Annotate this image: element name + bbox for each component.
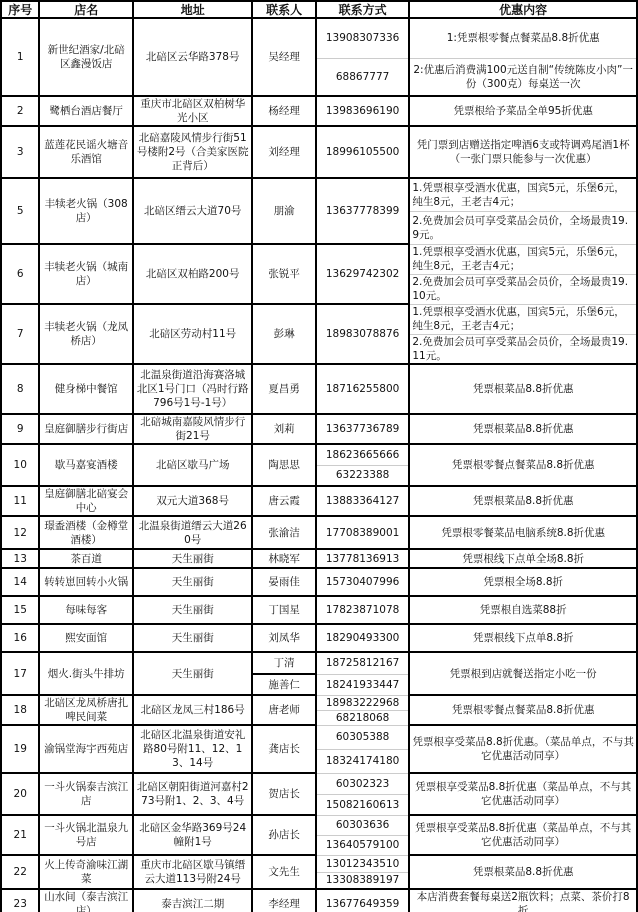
address: 北碚城南嘉陵风情步行街21号 [133,414,253,444]
contact-person: 刘凤华 [252,624,315,652]
address: 重庆市北碚区双柏树华光小区 [133,96,253,126]
restaurant-name: 山水间（泰吉滨江店） [39,889,133,912]
phone: 13308389197 [316,872,410,889]
contact-person: 孙店长 [252,815,315,855]
phone: 17708389001 [316,516,410,549]
restaurant-name: 鹭栖台酒店餐厅 [39,96,133,126]
row-number: 17 [1,652,39,695]
restaurant-name: 一斗火锅北温泉九号店 [39,815,133,855]
contact-person: 施善仁 [252,674,315,695]
offer: 2.免费加会员可享受菜品会员价，全场最贵19.10元。 [409,274,637,304]
offer: 凭票根给予菜品全单95折优惠 [409,96,637,126]
table-row: 16熙安面馆天生丽街刘凤华18290493300凭票根线下点单8.8折 [1,624,637,652]
phone: 17823871078 [316,596,410,624]
contact-person: 陶思思 [252,444,315,486]
contact-person: 丁清 [252,652,315,674]
table-row: 8健身梯中餐馆北温泉街道沿海赛洛城北区1号门口（冯时行路796号1号-1号）夏昌… [1,364,637,414]
address: 北温泉街道沿海赛洛城北区1号门口（冯时行路796号1号-1号） [133,364,253,414]
address: 天生丽街 [133,568,253,596]
address: 北温泉街道缙云大道260号 [133,516,253,549]
table-row: 23山水间（泰吉滨江店）泰吉滨江二期李经理13677649359本店消费套餐每桌… [1,889,637,912]
row-number: 10 [1,444,39,486]
phone: 13637778399 [316,178,410,244]
table-row: 19渝锅堂海宇西苑店北碚区北温泉街道安礼路80号附11、12、13、14号龚店长… [1,725,637,749]
row-number: 7 [1,304,39,364]
offer: 1.凭票根享受酒水优惠，国宾5元，乐堡6元，纯生8元，王老吉4元； [409,244,637,274]
address: 北碚区云华路378号 [133,18,253,96]
table-row: 9皇庭御膳步行街店北碚城南嘉陵风情步行街21号刘莉13637736789凭票根菜… [1,414,637,444]
row-number: 1 [1,18,39,96]
contact-person: 杨经理 [252,96,315,126]
phone: 13908307336 [316,18,410,58]
offer: 凭票根享受菜品8.8折优惠（菜品单点，不与其它优惠活动同享） [409,815,637,855]
phone: 13983696190 [316,96,410,126]
phone: 13677649359 [316,889,410,912]
offer: 凭票根菜品8.8折优惠 [409,486,637,516]
contact-person: 李经理 [252,889,315,912]
table-row: 15每味每客天生丽街丁国星17823871078凭票根自选菜88折 [1,596,637,624]
address: 北碚区歇马广场 [133,444,253,486]
table-row: 13茶百道天生丽街林晓军13778136913凭票根线下点单全场8.8折 [1,549,637,568]
phone: 18983078876 [316,304,410,364]
table-row: 17烟火.街头牛排坊天生丽街丁清18725812167凭票根到店就餐送指定小吃一… [1,652,637,674]
phone: 68867777 [316,58,410,96]
phone: 13629742302 [316,244,410,304]
row-number: 13 [1,549,39,568]
phone: 18623665666 [316,444,410,465]
restaurant-name: 蓝莲花民谣火塘音乐酒馆 [39,126,133,178]
offer: 本店消费套餐每桌送2瓶饮料；点菜、茶价打8折 [409,889,637,912]
table-row: 2鹭栖台酒店餐厅重庆市北碚区双柏树华光小区杨经理13983696190凭票根给予… [1,96,637,126]
phone: 68218068 [316,710,410,725]
restaurant-name: 璟盉酒楼（金樽堂酒楼） [39,516,133,549]
address: 天生丽街 [133,652,253,695]
restaurant-name: 烟火.街头牛排坊 [39,652,133,695]
header-address: 地址 [133,1,253,18]
offer: 凭票根到店就餐送指定小吃一份 [409,652,637,695]
restaurant-name: 火上传奇渝味江湖菜 [39,855,133,889]
restaurant-name: 一斗火锅泰吉滨江店 [39,773,133,815]
offer: 2.免费加会员可享受菜品会员价，全场最贵19.11元。 [409,334,637,364]
header-contact: 联系人 [252,1,315,18]
offer: 凭票根菜品8.8折优惠 [409,855,637,889]
header-row: 序号 店名 地址 联系人 联系方式 优惠内容 [1,1,637,18]
restaurant-name: 渝锅堂海宇西苑店 [39,725,133,773]
contact-person: 文先生 [252,855,315,889]
phone: 15082160613 [316,794,410,815]
phone: 18983222968 [316,695,410,710]
phone: 18241933447 [316,674,410,695]
table-row: 5丰犊老火锅（308店）北碚区缙云大道70号朋渝136377783991.凭票根… [1,178,637,211]
offer: 1.凭票根享受酒水优惠，国宾5元，乐堡6元，纯生8元，王老吉4元； [409,178,637,211]
table-row: 11皇庭御膳北碚宴会中心双元大道368号唐云霞13883364127凭票根菜品8… [1,486,637,516]
phone: 13012343510 [316,855,410,872]
phone: 18996105500 [316,126,410,178]
row-number: 20 [1,773,39,815]
contact-person: 丁国星 [252,596,315,624]
table-row: 20一斗火锅泰吉滨江店北碚区朝阳街道河嘉村273号附1、2、3、4号贺店长603… [1,773,637,794]
header-phone: 联系方式 [316,1,410,18]
offer: 凭票根享受菜品8.8折优惠（菜品单点，不与其它优惠活动同享） [409,773,637,815]
offer: 1:凭票根零餐点餐菜品8.8折优惠 [409,18,637,58]
restaurant-name: 熙安面馆 [39,624,133,652]
contact-person: 张锐平 [252,244,315,304]
table-row: 21一斗火锅北温泉九号店北碚区金华路369号24幢附1号孙店长60303636凭… [1,815,637,835]
row-number: 11 [1,486,39,516]
address: 泰吉滨江二期 [133,889,253,912]
phone: 60302323 [316,773,410,794]
row-number: 18 [1,695,39,725]
offer: 凭门票到店赠送指定啤酒6支或特调鸡尾酒1杯（一张门票只能参与一次优惠） [409,126,637,178]
restaurant-name: 茶百道 [39,549,133,568]
restaurant-name: 丰犊老火锅（龙凤桥店） [39,304,133,364]
phone: 13637736789 [316,414,410,444]
offer: 凭票根线下点单全场8.8折 [409,549,637,568]
offer: 凭票根零餐菜品电脑系统8.8折优惠 [409,516,637,549]
offer: 凭票根全场8.8折 [409,568,637,596]
address: 北碚区劳动村11号 [133,304,253,364]
table-row: 3蓝莲花民谣火塘音乐酒馆北碚嘉陵风情步行街51号楼附2号（合美家医院正背后）刘经… [1,126,637,178]
address: 双元大道368号 [133,486,253,516]
contact-person: 张渝洁 [252,516,315,549]
address: 天生丽街 [133,596,253,624]
phone: 60305388 [316,725,410,749]
offer: 凭票根菜品8.8折优惠 [409,414,637,444]
offer: 凭票根菜品8.8折优惠 [409,364,637,414]
row-number: 8 [1,364,39,414]
restaurant-name: 丰犊老火锅（308店） [39,178,133,244]
contact-person: 林晓军 [252,549,315,568]
header-offer: 优惠内容 [409,1,637,18]
phone: 63223388 [316,465,410,486]
phone: 60303636 [316,815,410,835]
phone: 13883364127 [316,486,410,516]
offer: 凭票根零餐点餐菜品8.8折优惠 [409,444,637,486]
address: 天生丽街 [133,624,253,652]
row-number: 5 [1,178,39,244]
offer: 凭票根自选菜88折 [409,596,637,624]
phone: 18716255800 [316,364,410,414]
phone: 15730407996 [316,568,410,596]
contact-person: 朋渝 [252,178,315,244]
row-number: 2 [1,96,39,126]
address: 北碚区金华路369号24幢附1号 [133,815,253,855]
contact-person: 刘莉 [252,414,315,444]
contact-person: 龚店长 [252,725,315,773]
row-number: 16 [1,624,39,652]
address: 重庆市北碚区歇马镇缙云大道113号附24号 [133,855,253,889]
offer: 2:优惠后消费满100元送自制“传统陈皮小肉”一份（300克）每桌送一次 [409,58,637,96]
row-number: 12 [1,516,39,549]
restaurant-name: 转转崽回转小火锅 [39,568,133,596]
row-number: 3 [1,126,39,178]
row-number: 19 [1,725,39,773]
address: 北碚区缙云大道70号 [133,178,253,244]
table-row: 6丰犊老火锅（城南店）北碚区双柏路200号张锐平136297423021.凭票根… [1,244,637,274]
contact-person: 吴经理 [252,18,315,96]
row-number: 6 [1,244,39,304]
phone: 13778136913 [316,549,410,568]
address: 北碚区双柏路200号 [133,244,253,304]
restaurant-name: 新世纪酒家/北碚区鑫漫饭店 [39,18,133,96]
table-row: 1新世纪酒家/北碚区鑫漫饭店北碚区云华路378号吴经理139083073361:… [1,18,637,58]
table-body: 1新世纪酒家/北碚区鑫漫饭店北碚区云华路378号吴经理139083073361:… [1,18,637,912]
header-no: 序号 [1,1,39,18]
address: 北碚嘉陵风情步行街51号楼附2号（合美家医院正背后） [133,126,253,178]
restaurant-name: 歇马嘉宴酒楼 [39,444,133,486]
row-number: 21 [1,815,39,855]
restaurant-name: 皇庭御膳步行街店 [39,414,133,444]
offer: 凭票根零餐点餐菜品8.8折优惠 [409,695,637,725]
row-number: 23 [1,889,39,912]
phone: 18725812167 [316,652,410,674]
restaurant-name: 北碚区龙凤桥唐扎啤民间菜 [39,695,133,725]
table-row: 22火上传奇渝味江湖菜重庆市北碚区歇马镇缙云大道113号附24号文先生13012… [1,855,637,872]
contact-person: 夏昌勇 [252,364,315,414]
header-name: 店名 [39,1,133,18]
phone: 13640579100 [316,835,410,855]
offer: 1.凭票根享受酒水优惠，国宾5元，乐堡6元，纯生8元，王老吉4元； [409,304,637,334]
row-number: 22 [1,855,39,889]
restaurant-name: 丰犊老火锅（城南店） [39,244,133,304]
row-number: 14 [1,568,39,596]
restaurant-name: 健身梯中餐馆 [39,364,133,414]
address: 北碚区朝阳街道河嘉村273号附1、2、3、4号 [133,773,253,815]
table-row: 7丰犊老火锅（龙凤桥店）北碚区劳动村11号彭琳189830788761.凭票根享… [1,304,637,334]
contact-person: 彭琳 [252,304,315,364]
address: 天生丽街 [133,549,253,568]
row-number: 15 [1,596,39,624]
row-number: 9 [1,414,39,444]
offer: 凭票根享受菜品8.8折优惠。（菜品单点，不与其它优惠活动同享） [409,725,637,773]
address: 北碚区龙凤三村186号 [133,695,253,725]
offer: 2.免费加会员可享受菜品会员价，全场最贵19.9元。 [409,211,637,244]
contact-person: 贺店长 [252,773,315,815]
table-row: 18北碚区龙凤桥唐扎啤民间菜北碚区龙凤三村186号唐老师18983222968凭… [1,695,637,710]
address: 北碚区北温泉街道安礼路80号附11、12、13、14号 [133,725,253,773]
offer: 凭票根线下点单8.8折 [409,624,637,652]
table-row: 14转转崽回转小火锅天生丽街晏雨佳15730407996凭票根全场8.8折 [1,568,637,596]
restaurant-name: 每味每客 [39,596,133,624]
restaurant-discount-table: 序号 店名 地址 联系人 联系方式 优惠内容 1新世纪酒家/北碚区鑫漫饭店北碚区… [0,0,638,912]
table-row: 12璟盉酒楼（金樽堂酒楼）北温泉街道缙云大道260号张渝洁17708389001… [1,516,637,549]
phone: 18324174180 [316,749,410,773]
phone: 18290493300 [316,624,410,652]
contact-person: 晏雨佳 [252,568,315,596]
contact-person: 唐云霞 [252,486,315,516]
contact-person: 唐老师 [252,695,315,725]
restaurant-name: 皇庭御膳北碚宴会中心 [39,486,133,516]
contact-person: 刘经理 [252,126,315,178]
table-row: 10歇马嘉宴酒楼北碚区歇马广场陶思思18623665666凭票根零餐点餐菜品8.… [1,444,637,465]
